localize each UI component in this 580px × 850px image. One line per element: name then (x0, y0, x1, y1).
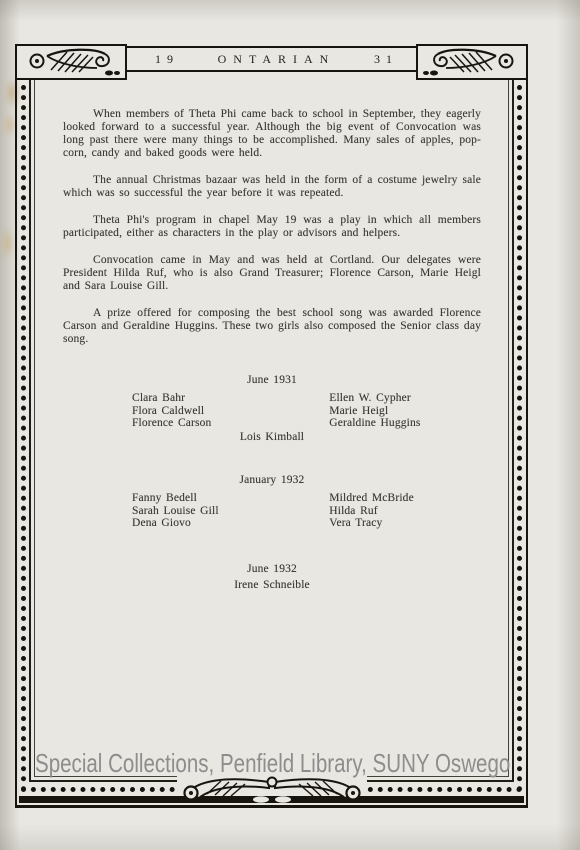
roster-name: Dena Giovo (132, 517, 274, 530)
roster-january-1932: January 1932 Fanny Bedell Sarah Louise G… (63, 474, 481, 530)
paper-stain (0, 226, 14, 260)
roster-name: Lois Kimball (63, 431, 481, 444)
roster-name: Sarah Louise Gill (132, 505, 274, 518)
roster-name: Hilda Ruf (329, 505, 481, 518)
roster-name: Fanny Bedell (132, 492, 274, 505)
roster-heading: June 1931 (63, 374, 481, 387)
scroll-ornament-icon (15, 44, 127, 80)
yearbook-page: 19 ONTARIAN 31 (0, 0, 580, 850)
paragraph: The annual Christmas bazaar was held in … (63, 174, 481, 200)
masthead-year-left: 19 (155, 52, 179, 67)
roster-name: Mildred McBride (329, 492, 481, 505)
paragraph: When members of Theta Phi came back to s… (63, 108, 481, 160)
roster-heading: June 1932 (63, 563, 481, 576)
masthead-band: 19 ONTARIAN 31 (125, 46, 418, 72)
roster-name: Clara Bahr (132, 392, 274, 405)
roster-name: Ellen W. Cypher (329, 392, 481, 405)
roster-name: Florence Carson (132, 417, 274, 430)
masthead-title: ONTARIAN (218, 52, 336, 67)
scroll-ornament-icon (177, 774, 367, 814)
roster-name: Irene Schneible (63, 579, 481, 592)
scroll-ornament-icon (416, 44, 528, 80)
roster-name: Geraldine Huggins (329, 417, 481, 430)
masthead-year-right: 31 (374, 52, 398, 67)
page-body-text: When members of Theta Phi came back to s… (63, 108, 481, 591)
paragraph: Theta Phi's program in chapel May 19 was… (63, 214, 481, 240)
paper-stain (2, 112, 16, 138)
roster-heading: January 1932 (63, 474, 481, 487)
decorative-frame: 19 ONTARIAN 31 (15, 48, 528, 808)
roster-june-1931: June 1931 Clara Bahr Flora Caldwell Flor… (63, 374, 481, 443)
paragraph: Convocation came in May and was held at … (63, 254, 481, 293)
roster-name: Flora Caldwell (132, 405, 274, 418)
roster-name: Vera Tracy (329, 517, 481, 530)
roster-june-1932: June 1932 Irene Schneible (63, 563, 481, 592)
paragraph: A prize offered for composing the best s… (63, 307, 481, 346)
library-watermark: Special Collections, Penfield Library, S… (35, 748, 510, 779)
roster-name: Marie Heigl (329, 405, 481, 418)
